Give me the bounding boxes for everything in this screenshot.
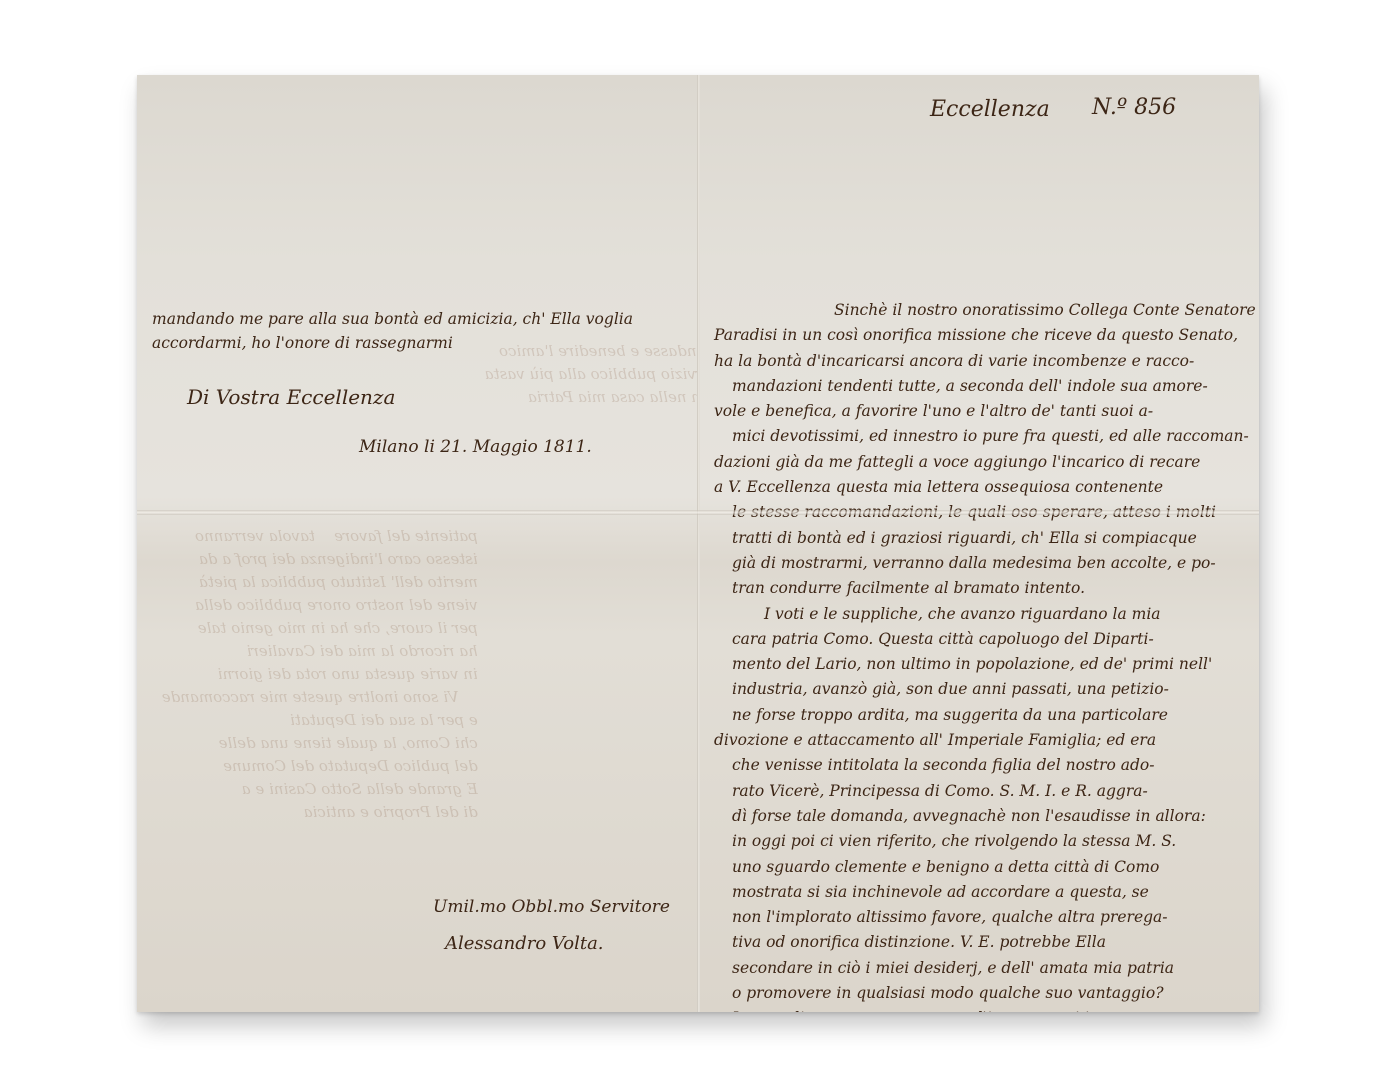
text-line: mostrata si sia inchinevole ad accordare… [714,880,1256,905]
text-line: dì forse tale domanda, avvegnachè non l'… [714,804,1256,829]
text-line: Sinchè il nostro onoratissimo Collega Co… [714,298,1256,323]
letter-sheet: mandasse e benedire l'amico servizio pub… [137,75,1259,1012]
salutation: Eccellenza [930,97,1050,122]
text-line: cara patria Como. Questa città capoluogo… [714,627,1256,652]
text-line: non l'implorato altissimo favore, qualch… [714,905,1256,930]
text-line: mandazioni tendenti tutte, a seconda del… [714,374,1256,399]
text-line: industria, avanzò già, son due anni pass… [714,677,1256,702]
text-line: secondare in ciò i miei desiderj, e dell… [714,956,1256,981]
text-line: divozione e attaccamento all' Imperiale … [714,728,1256,753]
text-line: tiva od onorifica distinzione. V. E. pot… [714,930,1256,955]
dateline: Milano li 21. Maggio 1811. [359,437,592,457]
text-line: ne forse troppo ardita, ma suggerita da … [714,703,1256,728]
signature-title: Umil.mo Obbl.mo Servitore [433,897,670,917]
text-line: Paradisi in un così onorifica missione c… [714,323,1256,348]
left-page-body: mandando me pare alla sua bontà ed amici… [152,307,633,355]
text-line: La supplico quanto so e posso d'interess… [714,1006,1256,1012]
text-line: a V. Eccellenza questa mia lettera osseq… [714,475,1256,500]
signature-name: Alessandro Volta. [445,933,604,954]
document-number: N.º 856 [1092,95,1176,120]
text-line: già di mostrarmi, verranno dalla medesim… [714,551,1256,576]
text-line: tratti di bontà ed i graziosi riguardi, … [714,526,1256,551]
left-page: mandasse e benedire l'amico servizio pub… [137,75,699,1012]
text-line: o promovere in qualsiasi modo qualche su… [714,981,1256,1006]
closing-formula: Di Vostra Eccellenza [187,385,395,409]
text-line: accordarmi, ho l'onore di rassegnarmi [152,331,633,355]
text-line: vole e benefica, a favorire l'uno e l'al… [714,399,1256,424]
text-line: mandando me pare alla sua bontà ed amici… [152,307,633,331]
text-line: mento del Lario, non ultimo in popolazio… [714,652,1256,677]
text-line: tran condurre facilmente al bramato inte… [714,576,1256,601]
ink-bleed-through: patiente del favore tavola verranno iste… [157,525,478,824]
text-line: uno sguardo clemente e benigno a detta c… [714,855,1256,880]
text-line: dazioni già da me fattegli a voce aggiun… [714,450,1256,475]
text-line: ha la bontà d'incaricarsi ancora di vari… [714,349,1256,374]
horizontal-fold [137,510,1259,515]
text-line: che venisse intitolata la seconda figlia… [714,753,1256,778]
text-line: in oggi poi ci vien riferito, che rivolg… [714,829,1256,854]
text-line: I voti e le suppliche, che avanzo riguar… [714,602,1256,627]
text-line: mici devotissimi, ed innestro io pure fr… [714,424,1256,449]
right-page-body: Sinchè il nostro onoratissimo Collega Co… [714,298,1256,1012]
right-page: Eccellenza N.º 856 Sinchè il nostro onor… [700,75,1259,1012]
text-line: rato Vicerè, Principessa di Como. S. M. … [714,779,1256,804]
